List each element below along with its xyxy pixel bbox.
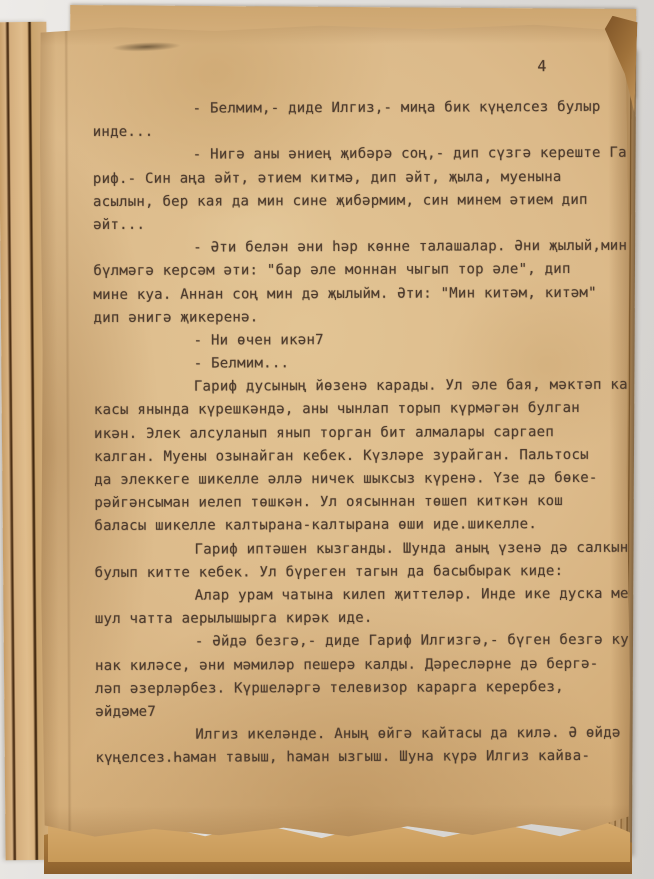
top-edge-shadow	[100, 39, 192, 55]
text-line: риф.- Син аңа әйт, әтием китмә, дип әйт,…	[93, 165, 608, 190]
text-line: Илгиз икеләнде. Аның өйгә кайтасы да кил…	[95, 722, 610, 747]
text-line: мине куа. Аннан соң мин дә җылыйм. Әти: …	[93, 281, 608, 306]
document-photo: 4 - Белмим,- диде Илгиз,- миңа бик күңел…	[0, 0, 654, 879]
page-number: 4	[537, 57, 546, 75]
text-line: күңелсез.Һаман тавыш, һаман ызгыш. Шуна …	[95, 745, 610, 770]
text-line: - Белмим...	[94, 351, 609, 376]
text-line: да элеккеге шикелле әллә ничек шыксыз кү…	[94, 467, 609, 492]
text-line: калган. Муены озынайган кебек. Күзләре з…	[94, 444, 609, 469]
text-line: әйт...	[93, 212, 608, 237]
text-line: ләп әзерләрбез. Күршеләргә телевизор кар…	[95, 675, 610, 700]
typewritten-text: - Белмим,- диде Илгиз,- миңа бик күңелсе…	[93, 96, 611, 771]
manuscript-page: 4 - Белмим,- диде Илгиз,- миңа бик күңел…	[38, 23, 632, 840]
text-line: бүлмәгә керсәм әти: "бар әле моннан чыгы…	[93, 258, 608, 283]
text-line: касы янында күрешкәндә, аны чынлап торып…	[94, 397, 609, 422]
text-line: дип әнигә җикеренә.	[93, 304, 608, 329]
text-line: Гариф дусының йөзенә карады. Ул әле бая,…	[94, 374, 609, 399]
text-line: - Әйдә безгә,- диде Гариф Илгизгә,- бүге…	[95, 629, 610, 654]
text-line: рәйгәнсыман иелеп төшкән. Ул оясыннан тө…	[94, 490, 609, 515]
text-line: инде...	[93, 119, 608, 144]
text-line: - Ни өчен икән7	[94, 328, 609, 353]
text-line: баласы шикелле калтырана-калтырана өши и…	[94, 513, 609, 538]
text-line: икән. Элек алсуланып янып торган бит алм…	[94, 420, 609, 445]
text-line: нак киләсе, әни мәмиләр пешерә калды. Дә…	[95, 652, 610, 677]
text-line: Алар урам чатына килеп җиттеләр. Инде ик…	[95, 583, 610, 608]
text-line: асылын, бер кая да мин сине җибәрмим, си…	[93, 189, 608, 214]
text-line: - Белмим,- диде Илгиз,- миңа бик күңелсе…	[93, 96, 608, 121]
text-line: булып китте кебек. Ул бүреген тагын да б…	[95, 560, 610, 585]
text-line: - Әти белән әни һәр көнне талашалар. Әни…	[93, 235, 608, 260]
text-line: Гариф иптәшен кызганды. Шунда аның үзенә…	[94, 536, 609, 561]
text-line: - Нигә аны әниең җибәрә соң,- дип сүзгә …	[93, 142, 608, 167]
text-line: шул чатта аерылышырга кирәк иде.	[95, 606, 610, 631]
text-line: әйдәме7	[95, 699, 610, 724]
